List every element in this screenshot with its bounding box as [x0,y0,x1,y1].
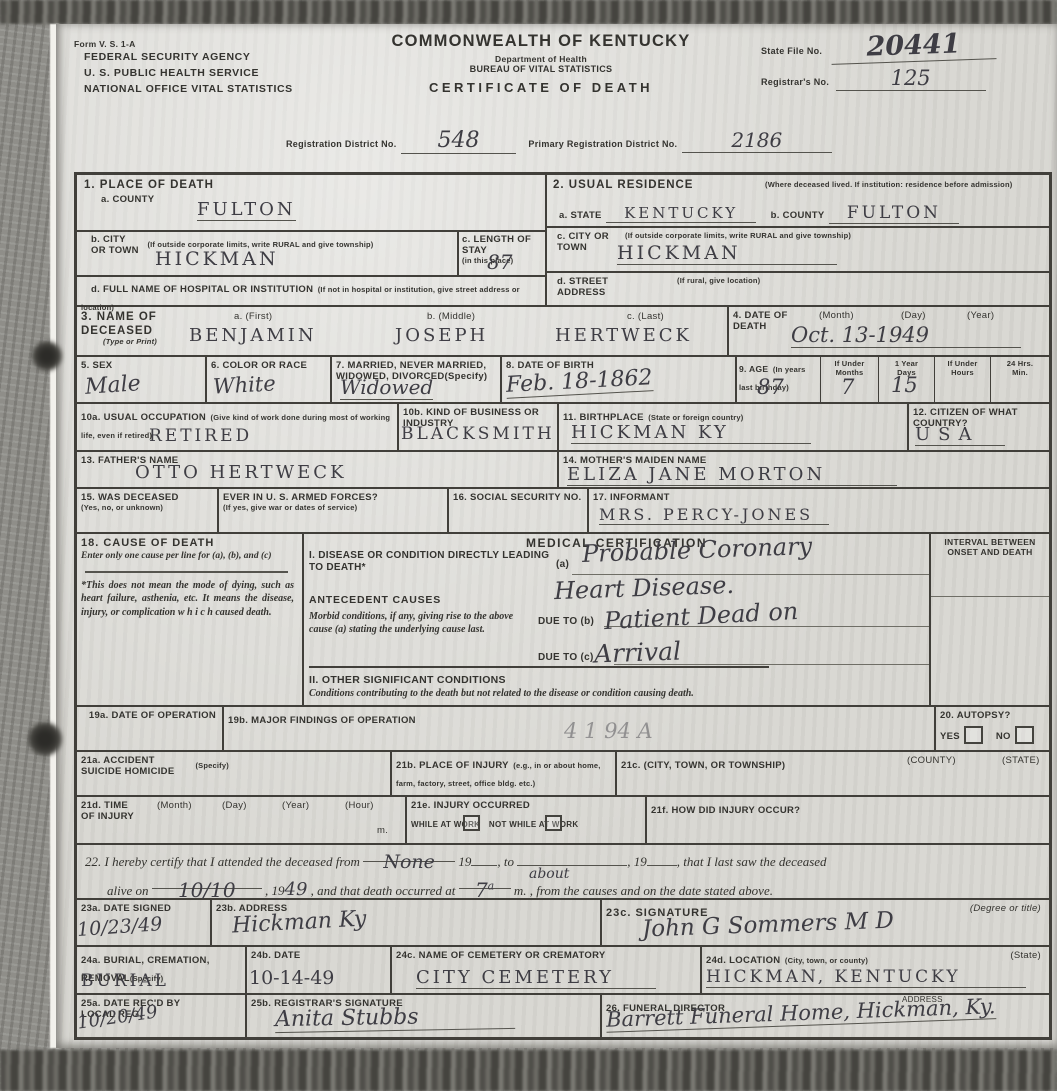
primary-district-number: 2186 [682,128,832,153]
attended-from-value: None [383,851,435,873]
not-while-at-work-checkbox [545,815,562,831]
residence-city-hint: (If outside corporate limits, write RURA… [625,231,851,240]
medical-certification-cell: MEDICAL CERTIFICATION I. DISEASE OR COND… [304,534,931,705]
row-parents: 13. FATHER'S NAME OTTO HERTWECK 14. MOTH… [77,452,1049,489]
row-occupation: 10a. USUAL OCCUPATION (Give kind of work… [77,404,1049,452]
age-days-cell: 1 Year Days 15 [879,357,935,402]
occupation-value: RETIRED [149,426,252,446]
state-file-label: State File No. [761,46,822,56]
cause-note-2: *This does not mean the mode of dying, s… [81,579,298,620]
certify-yr2: , 19 [627,854,647,869]
usual-residence-hint: (Where deceased lived. If institution: r… [765,180,1037,189]
age-min-head: 24 Hrs. [993,359,1047,368]
row-cause-of-death: 18. CAUSE OF DEATH Enter only one cause … [77,534,1049,707]
certify-post2: , from the causes and on the date stated… [530,883,773,898]
major-findings-cell: 19b. MAJOR FINDINGS OF OPERATION 4 1 94 … [224,707,936,750]
certificate-of-death-title: CERTIFICATE OF DEATH [356,80,726,95]
degree-title-label: (Degree or title) [970,903,1041,914]
last-name-label: c. (Last) [627,311,664,322]
autopsy-yes-checkbox [964,726,983,744]
while-at-work-label: WHILE AT WORK [411,820,459,829]
injury-month-col: (Month) [157,800,192,811]
how-injury-cell: 21f. HOW DID INJURY OCCUR? [647,797,1049,843]
middle-name-value: JOSEPH [395,325,488,346]
how-injury-label: 21f. HOW DID INJURY OCCUR? [651,805,800,816]
form-number-text: Form V. S. 1-A [74,39,136,49]
major-findings-faint-marks: 4 1 94 A [564,719,653,743]
informant-label: 17. INFORMANT [593,492,1045,503]
cemetery-location-cell: 24d. LOCATION (City, town, or county) (S… [702,947,1049,993]
section-usual-residence: 2. USUAL RESIDENCE (Where deceased lived… [547,175,1049,305]
certify-yr3: , 19 [265,883,285,898]
date-of-operation-cell: 19a. DATE OF OPERATION [77,707,224,750]
residence-county-label: b. COUNTY [771,210,825,221]
autopsy-cell: 20. AUTOPSY? YES NO [936,707,1049,750]
name-of-deceased-cell: 3. NAME OF DECEASED (Type or Print) a. (… [77,307,729,355]
residence-city-cell: c. CITY OR TOWN (If outside corporate li… [547,228,1049,273]
age-hours-cell: If Under Hours [935,357,991,402]
date-signed-cell: 23a. DATE SIGNED 10/23/49 [77,900,212,945]
injury-hour-col: (Hour) [345,800,374,811]
race-label: 6. COLOR OR RACE [211,360,326,371]
father-cell: 13. FATHER'S NAME OTTO HERTWECK [77,452,559,487]
injury-occurred-cell: 21e. INJURY OCCURRED WHILE AT WORK NOT W… [407,797,647,843]
industry-value: BLACKSMITH [401,424,555,444]
place-county-cell: 1. PLACE OF DEATH a. COUNTY FULTON [77,179,545,232]
residence-city-label: c. CITY OR TOWN [557,231,609,253]
first-name-label: a. (First) [234,311,272,322]
agency-line-1: FEDERAL SECURITY AGENCY [84,50,293,66]
age-months-value: 7 [841,375,854,399]
accident-label: 21a. ACCIDENT SUICIDE HOMICIDE [81,755,191,777]
date-received-cell: 25a. DATE REC'D BY LOCAL REG. 10/20/49 [77,995,247,1037]
row-operation-autopsy: 19a. DATE OF OPERATION 19b. MAJOR FINDIN… [77,707,1049,752]
while-at-work-checkbox [463,815,480,831]
hospital-name-cell: d. FULL NAME OF HOSPITAL OR INSTITUTION … [77,277,545,307]
alive-on-value: 10/10 [178,878,236,902]
dod-month-col: (Month) [819,310,854,321]
residence-state-value: KENTUCKY [606,204,756,223]
age-days-head: 1 Year [881,359,932,368]
ink-blob-bottom [28,722,62,756]
autopsy-no-label: NO [996,731,1011,742]
accident-cell: 21a. ACCIDENT SUICIDE HOMICIDE (Specify) [77,752,392,795]
mother-value: ELIZA JANE MORTON [567,464,897,486]
place-city-label: b. CITY OR TOWN [91,234,143,256]
date-signed-label: 23a. DATE SIGNED [81,903,206,914]
age-days-value: 15 [891,373,918,397]
injury-city-label: 21c. (CITY, TOWN, OR TOWNSHIP) [621,760,785,771]
accident-hint: (Specify) [195,761,228,770]
race-cell: 6. COLOR OR RACE White [207,357,332,402]
physician-address-cell: 23b. ADDRESS Hickman Ky [212,900,602,945]
cause-a-label: (a) [556,559,569,571]
informant-cell: 17. INFORMANT MRS. PERCY-JONES [589,489,1049,532]
row-certify-statement: 22. I hereby certify that I attended the… [77,845,1049,900]
burial-type-cell: 24a. BURIAL, CREMATION, REMOVAL(Specify)… [77,947,247,993]
agency-line-2: U. S. PUBLIC HEALTH SERVICE [84,66,293,82]
registration-district-line: Registration District No. 548 Primary Re… [286,128,832,154]
county-label: a. COUNTY [101,194,545,205]
length-of-stay-value: 87 [487,250,512,274]
place-of-injury-label: 21b. PLACE OF INJURY [396,760,509,771]
was-deceased-cell: 15. WAS DECEASED (Yes, no, or unknown) [77,489,219,532]
reg-district-number: 548 [401,128,516,154]
registrar-signature-cell: 25b. REGISTRAR'S SIGNATURE Anita Stubbs [247,995,602,1037]
bureau-vital-statistics: BUREAU OF VITAL STATISTICS [356,64,726,75]
age-years-value: 87 [757,375,784,399]
residence-state-county-cell: 2. USUAL RESIDENCE (Where deceased lived… [547,175,1049,228]
residence-street-cell: d. STREET ADDRESS (If rural, give locati… [547,273,1049,303]
burial-date-label: 24b. DATE [251,950,386,961]
certify-about: about [529,866,569,882]
age-years-cell: 9. AGE (In years last birthday) 87 [737,357,821,402]
age-min-cell: 24 Hrs. Min. [991,357,1049,402]
row-signature: 23a. DATE SIGNED 10/23/49 23b. ADDRESS H… [77,900,1049,947]
due-to-b-label: DUE TO (b) [538,616,594,628]
injury-city-cell: 21c. (CITY, TOWN, OR TOWNSHIP) (COUNTY) … [617,752,1049,795]
cemetery-state-label: (State) [1010,950,1041,961]
primary-district-label: Primary Registration District No. [528,139,677,149]
cause-of-death-notes-cell: 18. CAUSE OF DEATH Enter only one cause … [77,534,304,705]
certificate-paper: Form V. S. 1-A FEDERAL SECURITY AGENCY U… [56,24,1057,1048]
place-city-value: HICKMAN [155,248,279,270]
date-of-death-cell: 4. DATE OF DEATH (Month) (Day) (Year) Oc… [729,307,1049,355]
birthplace-cell: 11. BIRTHPLACE (State or foreign country… [559,404,909,450]
injury-occurred-label: 21e. INJURY OCCURRED [411,800,641,811]
marital-cell: 7. MARRIED, NEVER MARRIED, WIDOWED, DIVO… [332,357,502,402]
row-burial: 24a. BURIAL, CREMATION, REMOVAL(Specify)… [77,947,1049,995]
injury-day-col: (Day) [222,800,247,811]
commonwealth-title: COMMONWEALTH OF KENTUCKY [356,32,726,51]
father-value: OTTO HERTWECK [135,462,347,483]
file-numbers: State File No. 20441 Registrar's No. 125 [761,30,1041,91]
last-name-value: HERTWECK [555,325,692,346]
autopsy-yes-label: YES [940,731,960,742]
cemetery-label: 24c. NAME OF CEMETERY OR CREMATORY [396,950,696,961]
residence-city-value: HICKMAN [617,242,837,265]
morbid-conditions-note: Morbid conditions, if any, giving rise t… [309,610,531,636]
not-while-at-work-label: NOT WHILE AT WORK [489,820,541,829]
interval-rule [931,596,1049,597]
antecedent-causes-label: ANTECEDENT CAUSES [309,594,441,606]
dod-year-col: (Year) [967,310,994,321]
age-min-label: Min. [993,368,1047,377]
row-accident: 21a. ACCIDENT SUICIDE HOMICIDE (Specify)… [77,752,1049,797]
certify-post1: , that I last saw the deceased [677,854,827,869]
injury-m-label: m. [377,825,388,836]
name-title-hint: (Type or Print) [103,337,157,346]
death-hour-sup: a [488,880,495,893]
burial-date-value: 10-14-49 [249,967,334,989]
race-value: White [212,371,276,398]
ink-blob-top [32,341,62,371]
cemetery-cell: 24c. NAME OF CEMETERY OR CREMATORY CITY … [392,947,702,993]
usual-residence-title: 2. USUAL RESIDENCE [553,179,693,193]
funeral-director-value: Barrett Funeral Home, Hickman, Ky. [606,994,996,1033]
interval-cell: INTERVAL BETWEEN ONSET AND DEATH [931,534,1049,705]
name-title: 3. NAME OF DECEASED [81,311,201,338]
certify-alive: alive on [107,883,149,898]
signature-cell: 23c. SIGNATURE (Degree or title) John G … [602,900,1049,945]
place-city-cell: b. CITY OR TOWN (If outside corporate li… [77,232,459,275]
certify-m: m. [514,883,527,898]
scan-edge-top [0,0,1057,24]
agency-line-3: NATIONAL OFFICE VITAL STATISTICS [84,82,293,98]
other-conditions-label: II. OTHER SIGNIFICANT CONDITIONS [309,674,506,686]
row-injury-time: 21d. TIME OF INJURY (Month) (Day) (Year)… [77,797,1049,845]
birthplace-hint: (State or foreign country) [648,413,743,422]
certificate-form: 1. PLACE OF DEATH a. COUNTY FULTON b. CI… [74,172,1052,1040]
cause-a-value-2: Heart Disease. [554,571,735,605]
age-hours-head: If Under [937,359,988,368]
dod-day-col: (Day) [901,310,926,321]
cause-b-value: Patient Dead on [603,597,798,635]
age-cell: 9. AGE (In years last birthday) 87 If Un… [737,357,1049,402]
scan-edge-bottom [0,1050,1057,1091]
dob-cell: 8. DATE OF BIRTH Feb. 18-1862 [502,357,737,402]
citizen-cell: 12. CITIZEN OF WHAT COUNTRY? USA [909,404,1049,450]
major-findings-label: 19b. MAJOR FINDINGS OF OPERATION [228,715,416,726]
certify-to: , to [497,854,514,869]
cause-c-value: Arrival [594,636,682,668]
row-name-dod: 3. NAME OF DECEASED (Type or Print) a. (… [77,307,1049,357]
burial-type-value: BURIAL [81,971,169,991]
cemetery-location-label: 24d. LOCATION [706,955,780,966]
cemetery-location-value: HICKMAN, KENTUCKY [706,967,1026,988]
divider-rule [85,571,288,573]
registrar-no-label: Registrar's No. [761,77,829,87]
street-address-hint: (If rural, give location) [677,276,760,285]
marital-value: Widowed [340,375,433,400]
place-of-death-title: 1. PLACE OF DEATH [84,179,545,193]
registrar-signature-value: Anita Stubbs [275,1003,515,1033]
certify-pre: 22. I hereby certify that I attended the… [85,854,360,869]
agency-block: FEDERAL SECURITY AGENCY U. S. PUBLIC HEA… [84,50,293,97]
armed-forces-label: EVER IN U. S. ARMED FORCES? [223,492,443,503]
cemetery-value: CITY CEMETERY [416,967,656,989]
row-place-residence: 1. PLACE OF DEATH a. COUNTY FULTON b. CI… [77,175,1049,307]
county-value: FULTON [197,199,296,221]
injury-county-label: (COUNTY) [907,755,956,766]
other-conditions-block: II. OTHER SIGNIFICANT CONDITIONS Conditi… [309,666,769,701]
due-to-c-label: DUE TO (c) [538,652,594,664]
dept-of-health: Department of Health [356,54,726,64]
scanned-death-certificate: Form V. S. 1-A FEDERAL SECURITY AGENCY U… [0,0,1057,1091]
hospital-label: d. FULL NAME OF HOSPITAL OR INSTITUTION [91,284,313,295]
armed-forces-hint: (If yes, give war or dates of service) [223,503,443,512]
was-deceased-label: 15. WAS DECEASED [81,492,213,503]
place-of-injury-cell: 21b. PLACE OF INJURY (e.g., in or about … [392,752,617,795]
sex-value: Male [84,371,141,400]
section-place-of-death: 1. PLACE OF DEATH a. COUNTY FULTON b. CI… [77,175,547,305]
ssn-label: 16. SOCIAL SECURITY NO. [453,492,583,503]
dod-value: Oct. 13-1949 [791,323,1021,348]
age-hours-label: Hours [937,368,988,377]
certify-mid: , and that death occurred at [311,883,456,898]
other-conditions-note: Conditions contributing to the death but… [309,688,739,701]
injury-state-label: (STATE) [1002,755,1040,766]
was-deceased-hint: (Yes, no, or unknown) [81,503,213,512]
sex-cell: 5. SEX Male [77,357,207,402]
certify-yr1: 19 [458,854,471,869]
certify-cell: 22. I hereby certify that I attended the… [77,845,1049,898]
sex-label: 5. SEX [81,360,201,371]
funeral-director-cell: 26. FUNERAL DIRECTOR ADDRESS Barrett Fun… [602,995,1049,1037]
burial-date-cell: 24b. DATE 10-14-49 [247,947,392,993]
street-address-label: d. STREET ADDRESS [557,276,617,298]
middle-name-label: b. (Middle) [427,311,475,322]
state-file-number: 20441 [830,27,996,65]
certify-yr3-value: 49 [285,879,308,900]
reg-district-label: Registration District No. [286,139,397,149]
registrar-number: 125 [836,66,986,91]
armed-forces-cell: EVER IN U. S. ARMED FORCES? (If yes, giv… [219,489,449,532]
age-months-cell: If Under Months 7 [821,357,879,402]
age-months-head: If Under [823,359,876,368]
mother-cell: 14. MOTHER'S MAIDEN NAME ELIZA JANE MORT… [559,452,1049,487]
residence-state-county-line: a. STATE KENTUCKY b. COUNTY FULTON [559,203,959,224]
row-sex-age: 5. SEX Male 6. COLOR OR RACE White 7. MA… [77,357,1049,404]
industry-cell: 10b. KIND OF BUSINESS OR INDUSTRY BLACKS… [399,404,559,450]
residence-county-value: FULTON [829,203,959,224]
dod-label: 4. DATE OF DEATH [733,310,791,332]
injury-year-col: (Year) [282,800,309,811]
time-of-injury-cell: 21d. TIME OF INJURY (Month) (Day) (Year)… [77,797,407,843]
interval-label: INTERVAL BETWEEN ONSET AND DEATH [933,537,1047,557]
informant-value: MRS. PERCY-JONES [599,505,829,525]
disease-leading-label: I. DISEASE OR CONDITION DIRECTLY LEADING… [309,550,554,574]
citizen-value: USA [915,424,1005,446]
place-city-row: b. CITY OR TOWN (If outside corporate li… [77,232,545,277]
ssn-cell: 16. SOCIAL SECURITY NO. [449,489,589,532]
header-center: COMMONWEALTH OF KENTUCKY Department of H… [356,32,726,95]
time-of-injury-label: 21d. TIME OF INJURY [81,800,141,822]
first-name-value: BENJAMIN [189,325,317,346]
death-hour-value: 7 [475,878,488,902]
date-of-operation-label: 19a. DATE OF OPERATION [81,710,218,721]
date-signed-value: 10/23/49 [76,913,163,941]
autopsy-label: 20. AUTOPSY? [940,710,1045,721]
age-label: 9. AGE [739,364,768,374]
occupation-cell: 10a. USUAL OCCUPATION (Give kind of work… [77,404,399,450]
row-forces-informant: 15. WAS DECEASED (Yes, no, or unknown) E… [77,489,1049,534]
length-of-stay-cell: c. LENGTH OF STAY (in this place) 87 [459,232,545,275]
cemetery-location-hint: (City, town, or county) [785,956,868,965]
birthplace-value: HICKMAN KY [571,422,811,444]
row-registrar: 25a. DATE REC'D BY LOCAL REG. 10/20/49 2… [77,995,1049,1037]
autopsy-no-checkbox [1015,726,1034,744]
cause-of-death-label: 18. CAUSE OF DEATH [81,537,298,550]
cause-note-1: Enter only one cause per line for (a), (… [81,551,298,563]
occupation-label: 10a. USUAL OCCUPATION [81,412,206,423]
residence-state-label: a. STATE [559,210,602,221]
